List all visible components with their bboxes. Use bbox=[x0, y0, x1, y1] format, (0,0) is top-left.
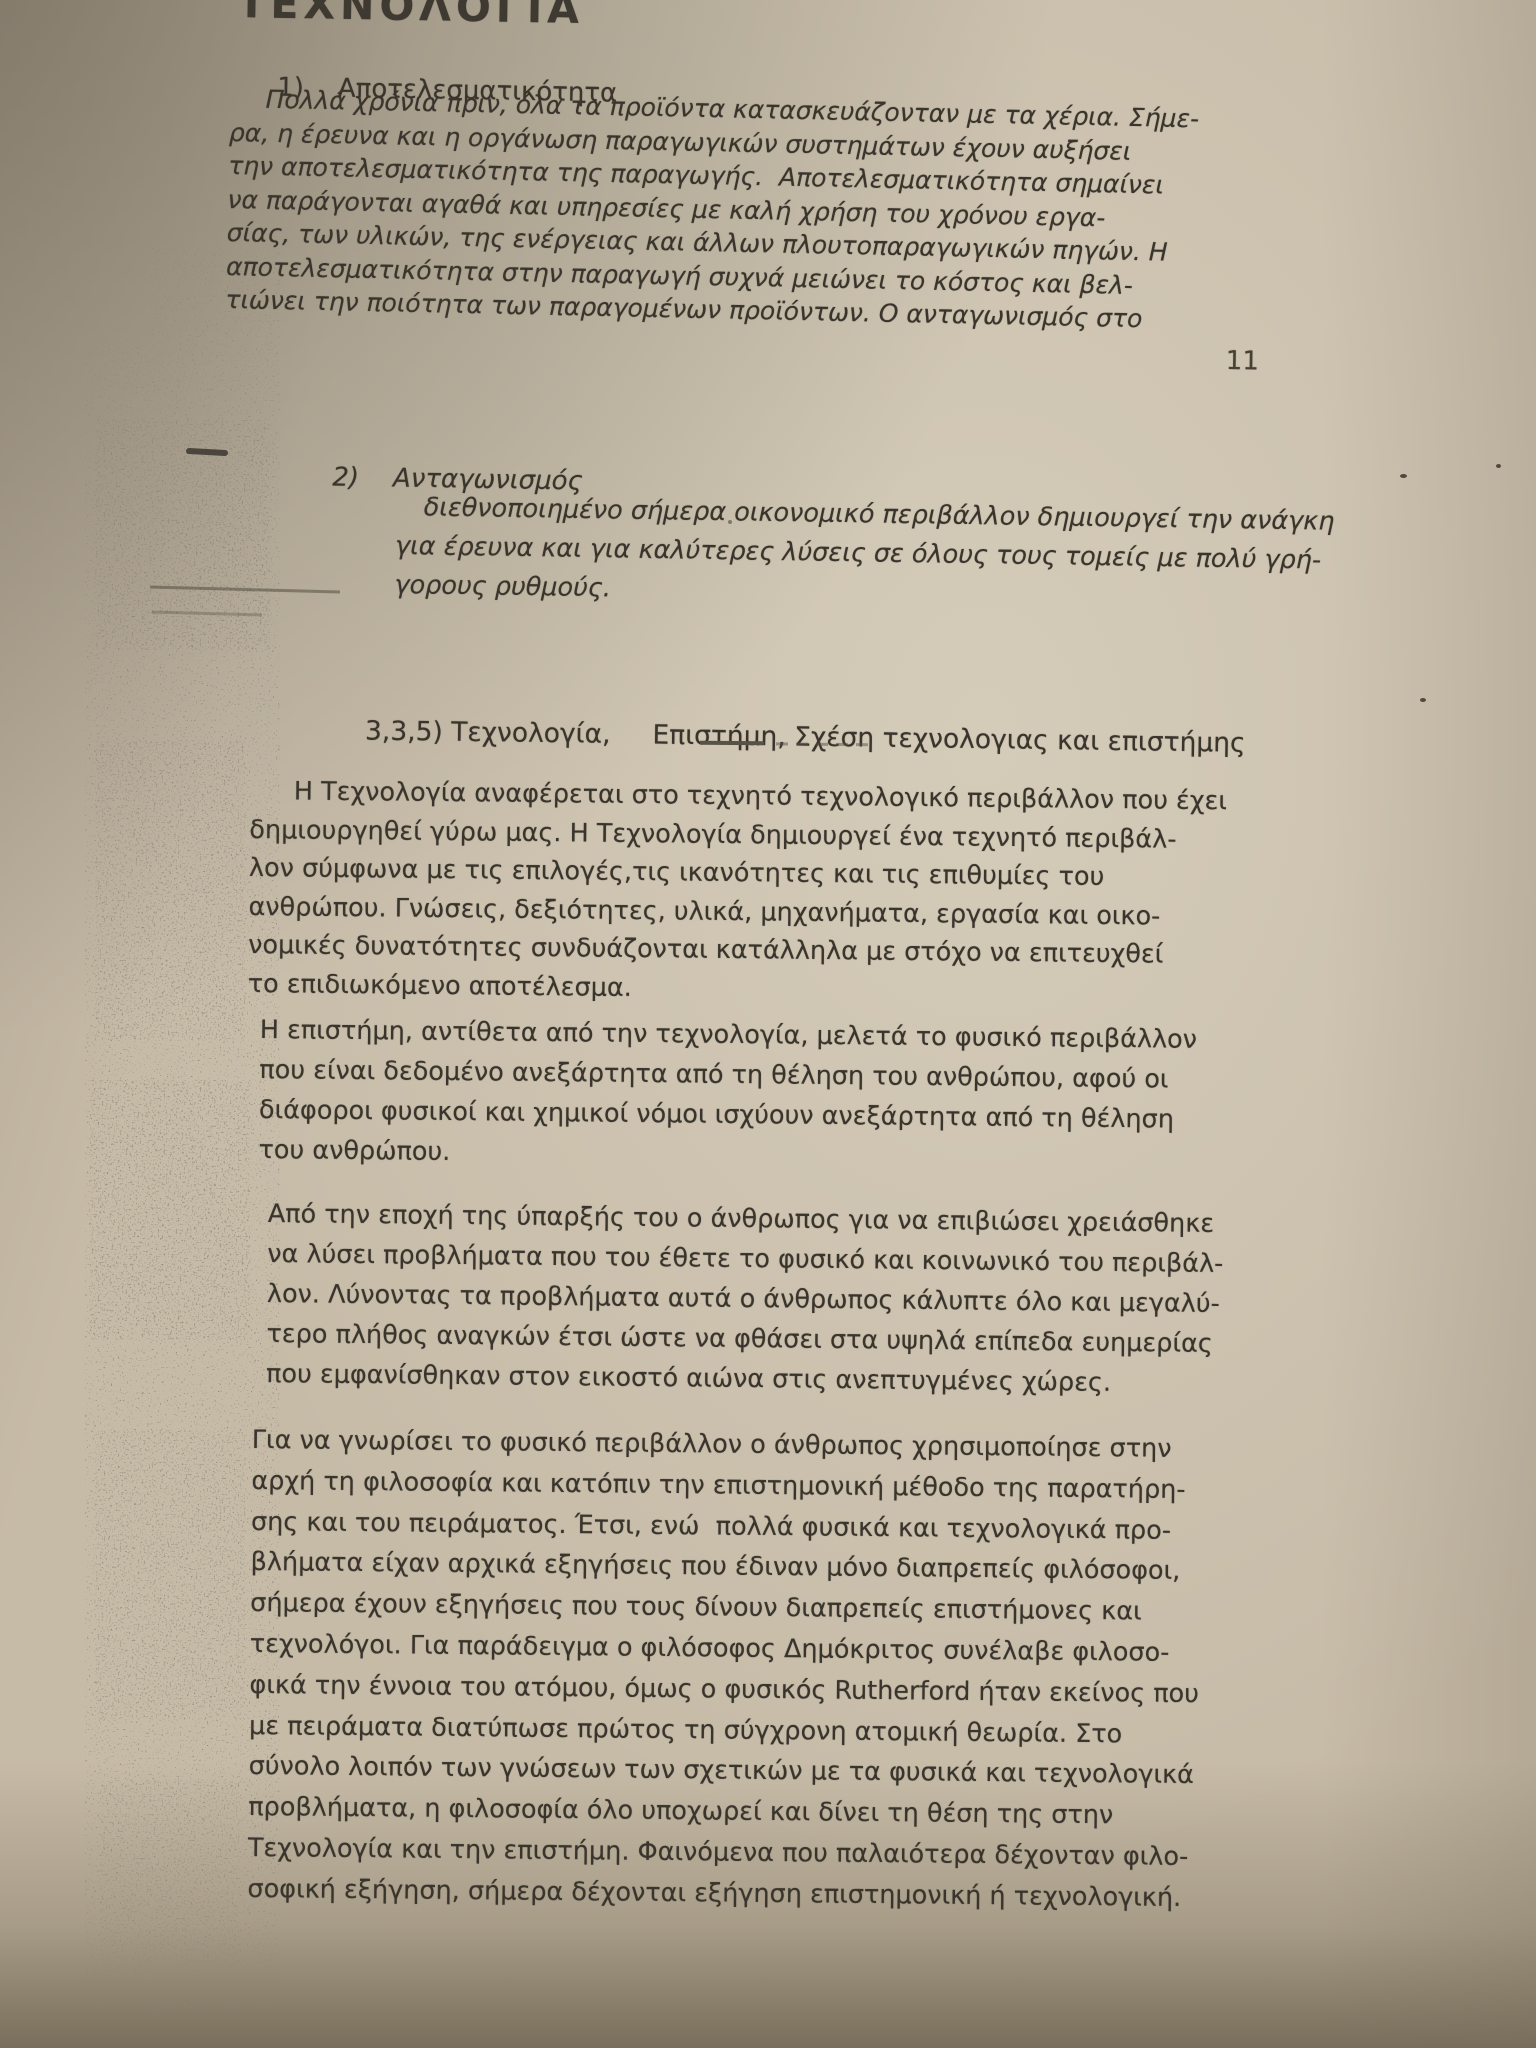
subject-heading-text: Επιστήμη, Σχέση τεχνολογιας και επιστήμη… bbox=[652, 719, 1246, 758]
paragraph-science: Η επιστήμη, αντίθετα από την τεχνολογία,… bbox=[258, 1010, 1335, 1181]
paragraph-philosophy: Για να γνωρίσει το φυσικό περιβάλλον ο ά… bbox=[247, 1420, 1327, 1920]
paper-crease-highlight bbox=[0, 0, 60, 927]
margin-dash-mark bbox=[186, 448, 228, 456]
paper-speck bbox=[1420, 698, 1426, 702]
photocopy-smudge-line bbox=[150, 586, 340, 594]
paper-speck bbox=[1400, 474, 1407, 478]
heading-underline-dash bbox=[700, 741, 764, 746]
paragraph-survival: Από την εποχή της ύπαρξής του ο άνθρωπος… bbox=[266, 1194, 1343, 1405]
page-number: 11 bbox=[1226, 346, 1260, 376]
chapter-title-cropped: ΤΕΧΝΟΛΟΓΙΑ bbox=[237, 0, 584, 33]
section-2-number: 2) bbox=[332, 463, 359, 493]
section-1-paragraph: Πολλά χρόνια πριν, όλα τα προϊόντα κατασ… bbox=[225, 82, 1300, 339]
photocopy-smudge-line bbox=[152, 611, 262, 617]
subject-heading-number: 3,3,5) Τεχνολογία, bbox=[365, 715, 611, 749]
paragraph-technology: Η Τεχνολογία αναφέρεται στο τεχνητό τεχν… bbox=[248, 772, 1325, 1014]
paper-speck bbox=[1496, 464, 1501, 468]
scanned-document-page: ΤΕΧΝΟΛΟΓΙΑ 1)Αποτελεσματικότητα Πολλά χρ… bbox=[0, 0, 1536, 2048]
section-2-paragraph: διεθνοποιημένο σήμερα οικονομικό περιβάλ… bbox=[394, 488, 1356, 620]
